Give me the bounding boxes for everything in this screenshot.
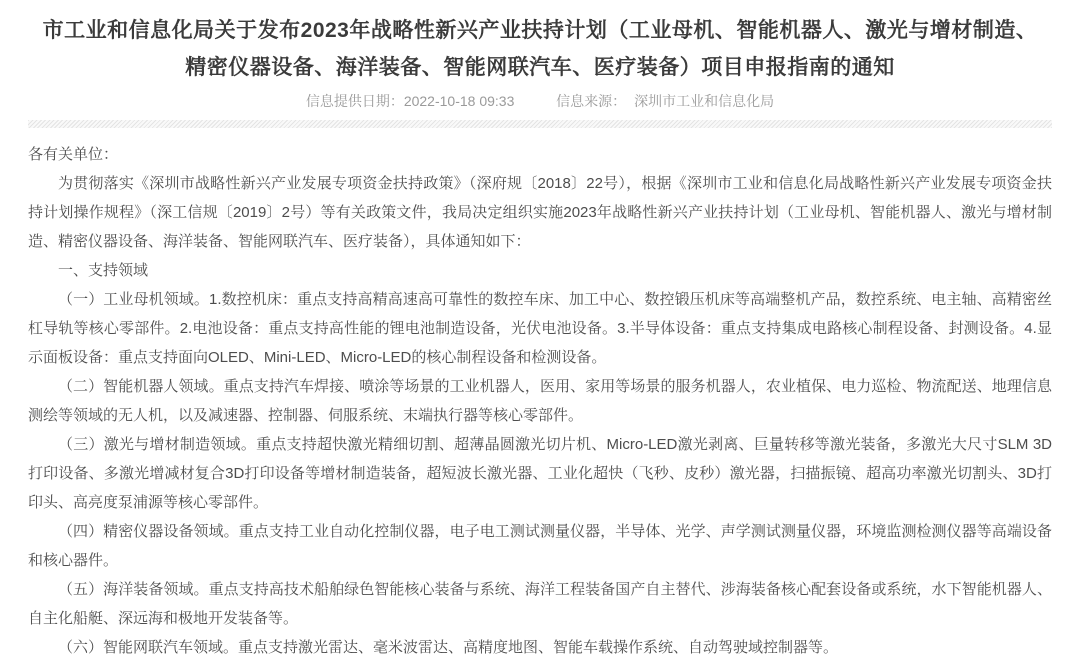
salutation: 各有关单位： [28,140,1052,169]
paragraph-intelligent-robots: （二）智能机器人领域。重点支持汽车焊接、喷涂等场景的工业机器人，医用、家用等场景… [28,372,1052,430]
paragraph-industrial-mother-machine: （一）工业母机领域。1.数控机床：重点支持高精高速高可靠性的数控车床、加工中心、… [28,285,1052,372]
publish-date: 信息提供日期：2022-10-18 09:33 [306,93,518,109]
notice-page: 市工业和信息化局关于发布2023年战略性新兴产业扶持计划（工业母机、智能机器人、… [0,0,1080,661]
paragraph-marine-equipment: （五）海洋装备领域。重点支持高技术船舶绿色智能核心装备与系统、海洋工程装备国产自… [28,575,1052,633]
article-body: 各有关单位： 为贯彻落实《深圳市战略性新兴产业发展专项资金扶持政策》（深府规〔2… [28,140,1052,661]
paragraph-laser-additive-manufacturing: （三）激光与增材制造领域。重点支持超快激光精细切割、超薄晶圆激光切片机、Micr… [28,430,1052,517]
paragraph-intelligent-connected-vehicles: （六）智能网联汽车领域。重点支持激光雷达、毫米波雷达、高精度地图、智能车载操作系… [28,633,1052,661]
section-heading-support-areas: 一、支持领域 [28,256,1052,285]
publish-date-value: 2022-10-18 09:33 [404,93,515,109]
paragraph-precision-instruments: （四）精密仪器设备领域。重点支持工业自动化控制仪器，电子电工测试测量仪器，半导体… [28,517,1052,575]
paragraph-intro: 为贯彻落实《深圳市战略性新兴产业发展专项资金扶持政策》（深府规〔2018〕22号… [28,169,1052,256]
publish-date-label: 信息提供日期： [306,93,404,109]
info-source: 信息来源：深圳市工业和信息化局 [556,93,774,109]
info-source-label: 信息来源： [556,93,626,109]
hatched-divider [28,120,1052,128]
info-source-value: 深圳市工业和信息化局 [634,93,774,109]
page-title: 市工业和信息化局关于发布2023年战略性新兴产业扶持计划（工业母机、智能机器人、… [38,12,1042,86]
meta-row: 信息提供日期：2022-10-18 09:33 信息来源：深圳市工业和信息化局 [28,92,1052,110]
